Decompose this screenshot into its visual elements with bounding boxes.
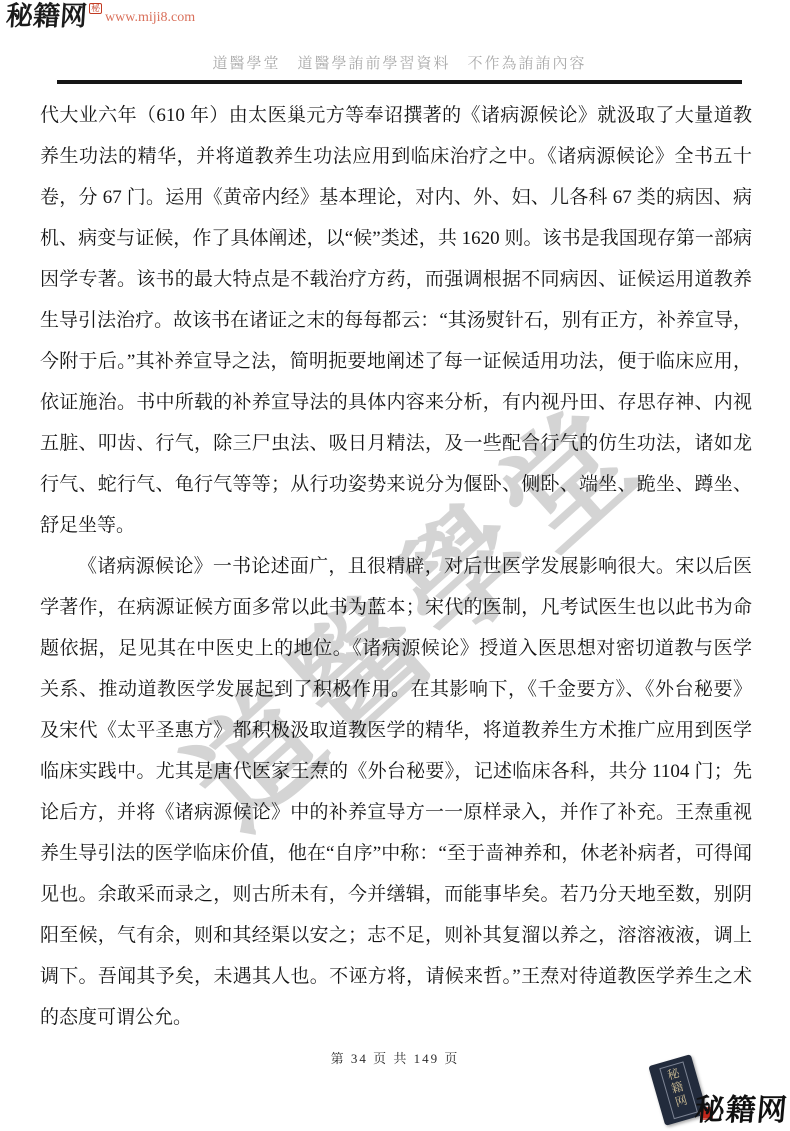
book-cover-frame: 秘籍网 bbox=[659, 1061, 698, 1119]
corner-brand-text: 秘籍网 bbox=[693, 1085, 790, 1129]
site-logo-text: 秘籍网 bbox=[5, 1, 88, 31]
paragraph-1: 代大业六年（610 年）由太医巢元方等奉诏撰著的《诸病源候论》就汲取了大量道教养… bbox=[40, 95, 752, 546]
corner-brand-logo: 秘籍网 秘籍网 bbox=[648, 1061, 788, 1131]
logo-seal-icon: 秘 bbox=[89, 3, 102, 14]
header-disclaimer-text: 道醫學堂 道醫學詴前學習資料 不作為詴詴內容 bbox=[212, 56, 586, 72]
site-url-link[interactable]: www.miji8.com bbox=[105, 10, 195, 26]
paragraph-2: 《诸病源候论》一书论述面广，且很精辟，对后世医学发展影响很大。宋以后医学著作，在… bbox=[40, 546, 752, 1038]
document-header: 道醫學堂 道醫學詴前學習資料 不作為詴詴內容 bbox=[57, 52, 742, 84]
site-logo: 秘籍网 秘 www.miji8.com bbox=[6, 1, 195, 31]
document-page: 道醫學堂 秘籍网 秘 www.miji8.com 道醫學堂 道醫學詴前學習資料 … bbox=[0, 0, 790, 1131]
header-rule bbox=[57, 80, 742, 84]
document-body: 代大业六年（610 年）由太医巢元方等奉诏撰著的《诸病源候论》就汲取了大量道教养… bbox=[40, 95, 752, 1038]
book-cover-text: 秘籍网 bbox=[663, 1065, 691, 1110]
